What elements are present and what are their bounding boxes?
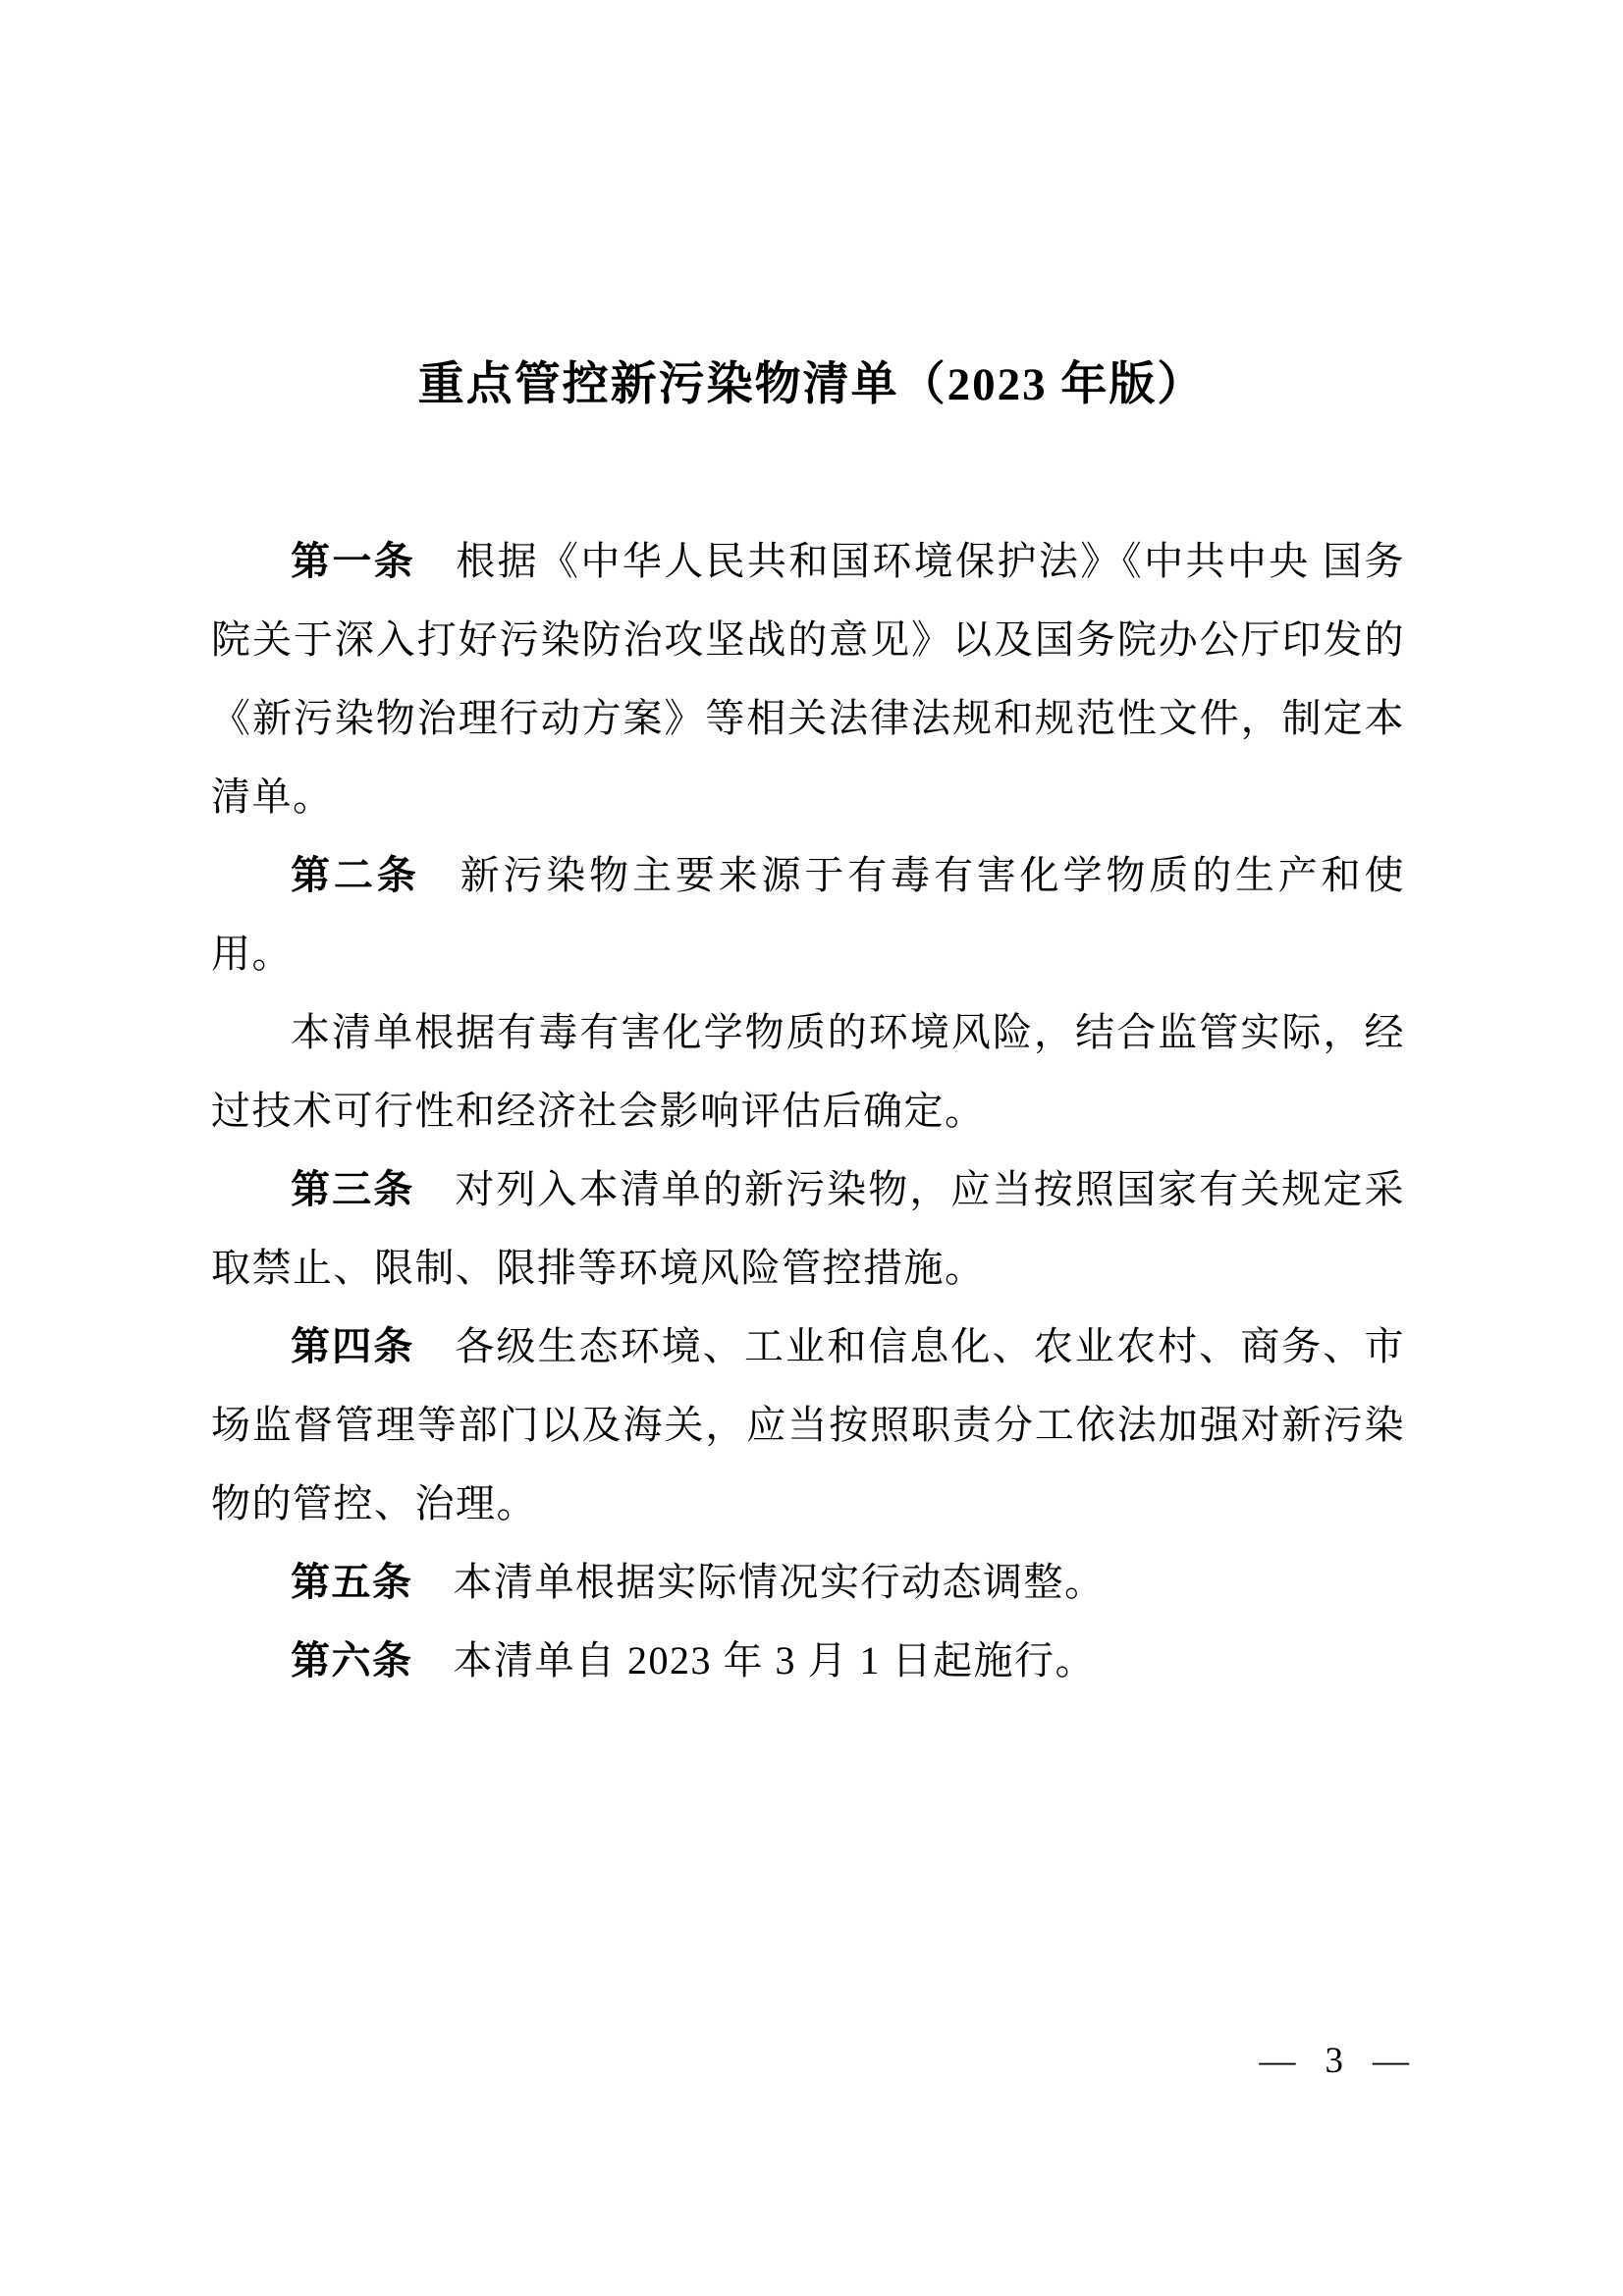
text-line: 第一条根据《中华人民共和国环境保护法》《中共中央 国务 <box>211 522 1405 601</box>
page-number: 3 <box>1325 2042 1344 2081</box>
document-page: 重点管控新污染物清单（2023 年版） 第一条根据《中华人民共和国环境保护法》《… <box>0 0 1623 2296</box>
text-line: 第二条新污染物主要来源于有毒有害化学物质的生产和使 <box>211 836 1405 915</box>
document-body: 第一条根据《中华人民共和国环境保护法》《中共中央 国务院关于深入打好污染防治攻坚… <box>211 522 1405 1700</box>
text-line: 第五条本清单根据实际情况实行动态调整。 <box>211 1543 1405 1622</box>
text-line: 用。 <box>211 915 1405 993</box>
article-number-label: 第六条 <box>291 1639 413 1682</box>
document-title: 重点管控新污染物清单（2023 年版） <box>0 359 1623 410</box>
text-line: 第四条各级生态环境、工业和信息化、农业农村、商务、市 <box>211 1308 1405 1386</box>
article-number-label: 第五条 <box>291 1561 413 1604</box>
article-number-label: 第一条 <box>291 540 415 583</box>
text-line: 院关于深入打好污染防治攻坚战的意见》以及国务院办公厅印发的 <box>211 601 1405 679</box>
article-number-label: 第四条 <box>291 1325 414 1368</box>
text-line: 第三条对列入本清单的新污染物，应当按照国家有关规定采 <box>211 1150 1405 1229</box>
footer-dash-right: — <box>1373 2042 1409 2081</box>
page-footer: — 3 — <box>1260 2042 1410 2081</box>
text-line: 本清单根据有毒有害化学物质的环境风险，结合监管实际，经 <box>211 993 1405 1072</box>
article-number-label: 第三条 <box>291 1168 414 1211</box>
text-line: 取禁止、限制、限排等环境风险管控措施。 <box>211 1229 1405 1308</box>
text-line: 物的管控、治理。 <box>211 1465 1405 1543</box>
text-line: 场监督管理等部门以及海关，应当按照职责分工依法加强对新污染 <box>211 1386 1405 1465</box>
text-line: 清单。 <box>211 758 1405 836</box>
text-line: 过技术可行性和经济社会影响评估后确定。 <box>211 1072 1405 1150</box>
text-line: 第六条本清单自 2023 年 3 月 1 日起施行。 <box>211 1622 1405 1700</box>
footer-dash-left: — <box>1260 2042 1296 2081</box>
article-number-label: 第二条 <box>291 854 420 897</box>
text-line: 《新污染物治理行动方案》等相关法律法规和规范性文件，制定本 <box>211 679 1405 758</box>
